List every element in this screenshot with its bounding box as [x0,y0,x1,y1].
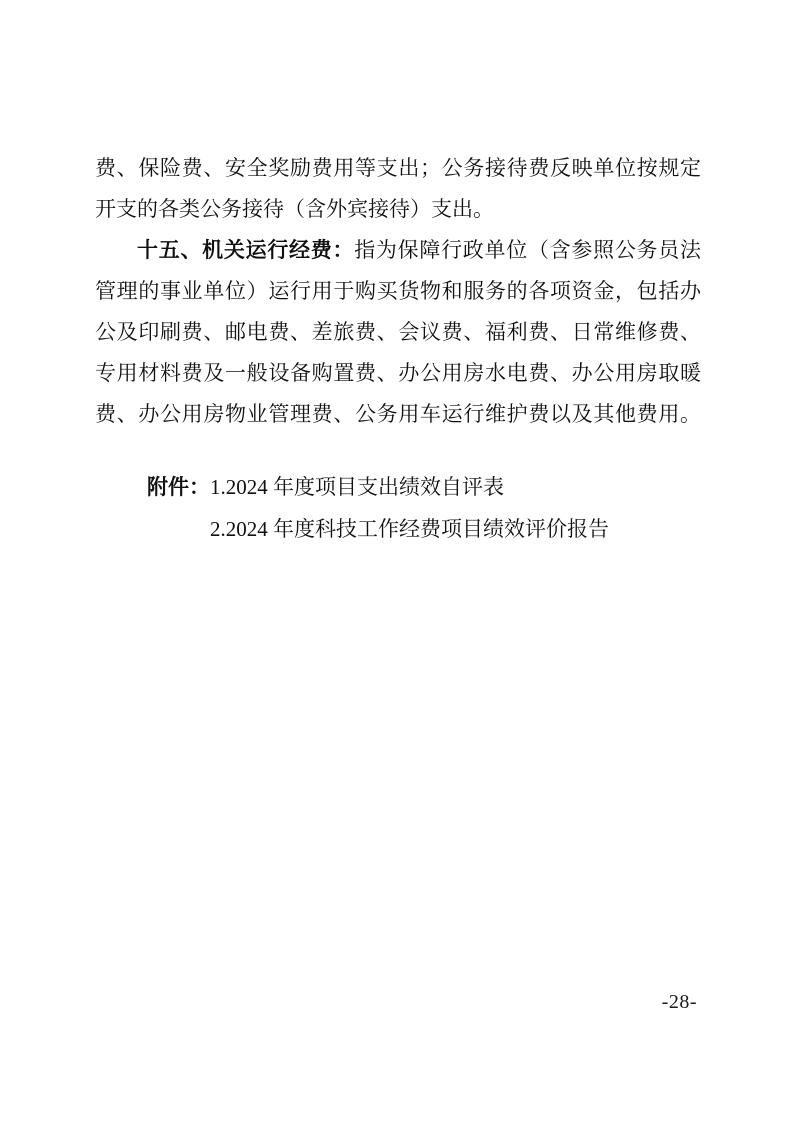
attachment-item-1-text: 1.2024 年度项目支出绩效自评表 [210,475,504,499]
paragraph1-line2: 开支的各类公务接待（含外宾接待）支出。 [95,189,701,230]
section-heading-rest: 指为保障行政单位（含参照公务员法 [354,238,701,262]
paragraph2-line4: 专用材料费及一般设备购置费、办公用房水电费、办公用房取暖 [95,353,701,394]
attachment-item-1: 附件：1.2024 年度项目支出绩效自评表 [147,467,609,508]
section-heading: 十五、机关运行经费： [137,238,354,262]
body-text: 费、保险费、安全奖励费用等支出；公务接待费反映单位按规定 开支的各类公务接待（含… [95,148,701,435]
attachment-label: 附件： [147,475,210,499]
document-page: 费、保险费、安全奖励费用等支出；公务接待费反映单位按规定 开支的各类公务接待（含… [0,0,793,1122]
attachment-item-2: 2.2024 年度科技工作经费项目绩效评价报告 [147,509,609,550]
paragraph2-line1: 十五、机关运行经费：指为保障行政单位（含参照公务员法 [95,230,701,271]
page-number: -28- [662,990,697,1014]
attachment-list: 附件：1.2024 年度项目支出绩效自评表 2.2024 年度科技工作经费项目绩… [147,467,609,550]
paragraph1-line1: 费、保险费、安全奖励费用等支出；公务接待费反映单位按规定 [95,148,701,189]
paragraph2-line3: 公及印刷费、邮电费、差旅费、会议费、福利费、日常维修费、 [95,312,701,353]
paragraph2-line2: 管理的事业单位）运行用于购买货物和服务的各项资金，包括办 [95,271,701,312]
paragraph2-line5: 费、办公用房物业管理费、公务用车运行维护费以及其他费用。 [95,394,701,435]
